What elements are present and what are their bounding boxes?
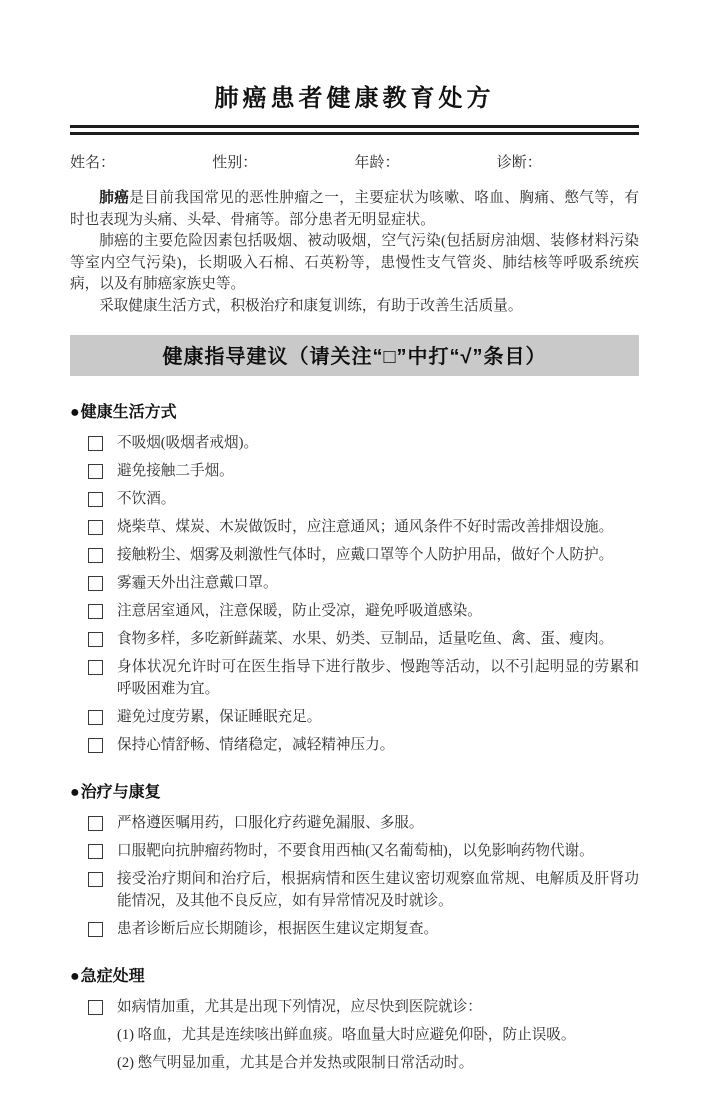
list-item: 注意居室通风，注意保暖，防止受凉，避免呼吸道感染。: [88, 600, 639, 622]
list-item: 不饮酒。: [88, 488, 639, 510]
check-item-text: 避免接触二手烟。: [117, 460, 639, 482]
check-item-text: 不吸烟(吸烟者戒烟)。: [117, 432, 639, 454]
section-bullet-icon: ●: [70, 784, 80, 801]
check-item-text: 接触粉尘、烟雾及刺激性气体时，应戴口罩等个人防护用品，做好个人防护。: [117, 544, 639, 566]
section-heading-treatment-rehab: ●治疗与康复: [70, 779, 639, 802]
check-item-text: 严格遵医嘱用药，口服化疗药避免漏服、多服。: [117, 812, 639, 834]
diagnosis-field-label: 诊断：: [497, 151, 639, 172]
check-item-text: 避免过度劳累，保证睡眠充足。: [117, 706, 639, 728]
list-item: 雾霾天外出注意戴口罩。: [88, 572, 639, 594]
checkbox[interactable]: [88, 872, 103, 887]
section-heading-emergency: ●急症处理: [70, 963, 639, 986]
check-item-text: 注意居室通风，注意保暖，防止受凉，避免呼吸道感染。: [117, 600, 639, 622]
list-item: 烧柴草、煤炭、木炭做饭时，应注意通风；通风条件不好时需改善排烟设施。: [88, 516, 639, 538]
checkbox[interactable]: [88, 492, 103, 507]
patient-info-row: 姓名： 性别： 年龄： 诊断：: [70, 151, 639, 172]
emergency-sub-item-1: (1) 咯血，尤其是连续咳出鲜血痰。咯血量大时应避免仰卧，防止误吸。: [70, 1024, 639, 1046]
checkbox[interactable]: [88, 922, 103, 937]
check-item-text: 如病情加重，尤其是出现下列情况，应尽快到医院就诊：: [117, 996, 639, 1018]
checkbox[interactable]: [88, 738, 103, 753]
checkbox[interactable]: [88, 464, 103, 479]
list-item: 食物多样，多吃新鲜蔬菜、水果、奶类、豆制品，适量吃鱼、禽、蛋、瘦肉。: [88, 628, 639, 650]
list-item: 保持心情舒畅、情绪稳定，减轻精神压力。: [88, 734, 639, 756]
section-heading-text: 健康生活方式: [81, 404, 177, 421]
checkbox[interactable]: [88, 710, 103, 725]
checkbox[interactable]: [88, 1000, 103, 1015]
checkbox[interactable]: [88, 660, 103, 675]
intro-paragraph-2: 肺癌的主要危险因素包括吸烟、被动吸烟，空气污染(包括厨房油烟、装修材料污染等室内…: [70, 231, 639, 296]
check-item-text: 口服靶向抗肿瘤药物时，不要食用西柚(又名葡萄柚)，以免影响药物代谢。: [117, 840, 639, 862]
treatment-rehab-checklist: 严格遵医嘱用药，口服化疗药避免漏服、多服。 口服靶向抗肿瘤药物时，不要食用西柚(…: [70, 812, 639, 940]
emergency-sub-item-2: (2) 憋气明显加重，尤其是合并发热或限制日常活动时。: [70, 1052, 639, 1074]
intro-paragraph-1-text: 是目前我国常见的恶性肿瘤之一，主要症状为咳嗽、咯血、胸痛、憋气等，有时也表现为头…: [70, 190, 639, 228]
section-heading-text: 急症处理: [81, 968, 145, 985]
list-item: 患者诊断后应长期随诊，根据医生建议定期复查。: [88, 918, 639, 940]
check-item-text: 雾霾天外出注意戴口罩。: [117, 572, 639, 594]
list-item: 接触粉尘、烟雾及刺激性气体时，应戴口罩等个人防护用品，做好个人防护。: [88, 544, 639, 566]
healthy-lifestyle-checklist: 不吸烟(吸烟者戒烟)。 避免接触二手烟。 不饮酒。 烧柴草、煤炭、木炭做饭时，应…: [70, 432, 639, 756]
age-field-label: 年龄：: [355, 151, 497, 172]
checkbox[interactable]: [88, 844, 103, 859]
check-item-text: 身体状况允许时可在医生指导下进行散步、慢跑等活动，以不引起明显的劳累和呼吸困难为…: [117, 656, 639, 700]
title-divider: [70, 125, 639, 135]
checkbox[interactable]: [88, 520, 103, 535]
check-item-text: 患者诊断后应长期随诊，根据医生建议定期复查。: [117, 918, 639, 940]
section-bullet-icon: ●: [70, 968, 80, 985]
section-bullet-icon: ●: [70, 404, 80, 421]
list-item: 如病情加重，尤其是出现下列情况，应尽快到医院就诊：: [88, 996, 639, 1018]
gender-field-label: 性别：: [212, 151, 354, 172]
check-item-text: 食物多样，多吃新鲜蔬菜、水果、奶类、豆制品，适量吃鱼、禽、蛋、瘦肉。: [117, 628, 639, 650]
checkbox[interactable]: [88, 436, 103, 451]
checkbox[interactable]: [88, 604, 103, 619]
checkbox[interactable]: [88, 576, 103, 591]
check-item-text: 保持心情舒畅、情绪稳定，减轻精神压力。: [117, 734, 639, 756]
intro-paragraph-1: 肺癌是目前我国常见的恶性肿瘤之一，主要症状为咳嗽、咯血、胸痛、憋气等，有时也表现…: [70, 188, 639, 231]
checkbox[interactable]: [88, 632, 103, 647]
list-item: 避免过度劳累，保证睡眠充足。: [88, 706, 639, 728]
intro-paragraphs: 肺癌是目前我国常见的恶性肿瘤之一，主要症状为咳嗽、咯血、胸痛、憋气等，有时也表现…: [70, 188, 639, 318]
check-item-text: 烧柴草、煤炭、木炭做饭时，应注意通风；通风条件不好时需改善排烟设施。: [117, 516, 639, 538]
check-item-text: 不饮酒。: [117, 488, 639, 510]
intro-paragraph-3: 采取健康生活方式，积极治疗和康复训练，有助于改善生活质量。: [70, 296, 639, 318]
emergency-checklist: 如病情加重，尤其是出现下列情况，应尽快到医院就诊：: [70, 996, 639, 1018]
guidance-banner: 健康指导建议（请关注“□”中打“√”条目）: [70, 335, 639, 376]
checkbox[interactable]: [88, 548, 103, 563]
list-item: 避免接触二手烟。: [88, 460, 639, 482]
check-item-text: 接受治疗期间和治疗后，根据病情和医生建议密切观察血常规、电解质及肝肾功能情况，及…: [117, 868, 639, 912]
section-heading-text: 治疗与康复: [81, 784, 161, 801]
document-page: 肺癌患者健康教育处方 姓名： 性别： 年龄： 诊断： 肺癌是目前我国常见的恶性肿…: [0, 0, 707, 1120]
checkbox[interactable]: [88, 816, 103, 831]
page-title: 肺癌患者健康教育处方: [70, 78, 639, 113]
name-field-label: 姓名：: [70, 151, 212, 172]
intro-lead-term: 肺癌: [99, 190, 129, 206]
section-heading-healthy-lifestyle: ●健康生活方式: [70, 399, 639, 422]
list-item: 不吸烟(吸烟者戒烟)。: [88, 432, 639, 454]
list-item: 严格遵医嘱用药，口服化疗药避免漏服、多服。: [88, 812, 639, 834]
list-item: 口服靶向抗肿瘤药物时，不要食用西柚(又名葡萄柚)，以免影响药物代谢。: [88, 840, 639, 862]
list-item: 身体状况允许时可在医生指导下进行散步、慢跑等活动，以不引起明显的劳累和呼吸困难为…: [88, 656, 639, 700]
list-item: 接受治疗期间和治疗后，根据病情和医生建议密切观察血常规、电解质及肝肾功能情况，及…: [88, 868, 639, 912]
